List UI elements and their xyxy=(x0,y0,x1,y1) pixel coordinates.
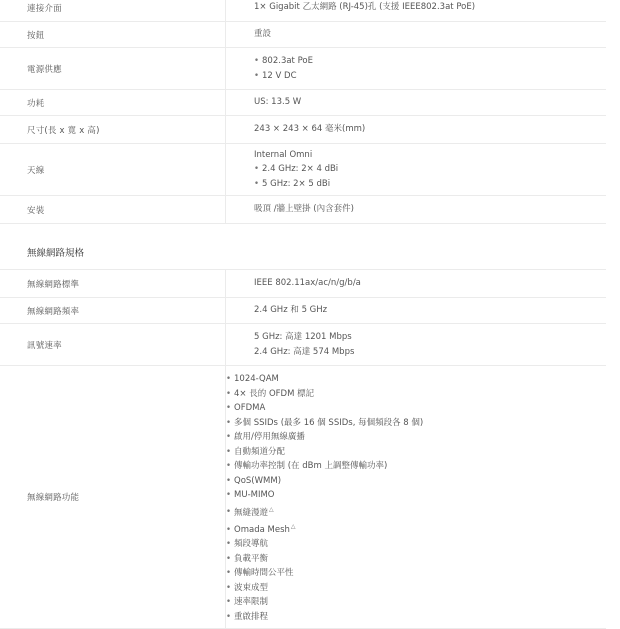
spec-row-mounting: 安裝 吸頂 /牆上壁掛 (內含套件) xyxy=(0,196,606,224)
spec-value-line: 5 GHz: 高達 1201 Mbps xyxy=(254,330,606,345)
spec-value-line: 243 × 243 × 64 毫米(mm) xyxy=(254,122,606,137)
spec-bullet: 傳輸時間公平性 xyxy=(226,566,606,581)
spec-bullet: 負載平衡 xyxy=(226,552,606,567)
spec-table: 連接介面 1× Gigabit 乙太網路 (RJ-45)孔 (支援 IEEE80… xyxy=(0,0,606,620)
spec-value: US: 13.5 W xyxy=(226,90,606,115)
spec-bullet-text: 無縫漫遊 xyxy=(234,507,268,517)
spec-bullet: 啟用/停用無線廣播 xyxy=(226,430,606,445)
spec-value-line: 2.4 GHz 和 5 GHz xyxy=(254,303,606,318)
spec-bullet: 12 V DC xyxy=(254,69,606,84)
spec-bullet-omada-mesh: Omada Mesh△ xyxy=(226,520,606,537)
spec-row-antenna: 天線 Internal Omni 2.4 GHz: 2× 4 dBi 5 GHz… xyxy=(0,144,606,196)
spec-value: IEEE 802.11ax/ac/n/g/b/a xyxy=(226,270,606,297)
spec-label: 安裝 xyxy=(0,196,226,223)
spec-bullet: 5 GHz: 2× 5 dBi xyxy=(254,177,606,192)
spec-bullet-text: Omada Mesh xyxy=(234,525,290,535)
spec-label: 無線網路功能 xyxy=(0,366,226,620)
spec-bullet: 802.3at PoE xyxy=(254,54,606,69)
spec-label: 功耗 xyxy=(0,90,226,115)
spec-bullet: 自動頻道分配 xyxy=(226,445,606,460)
spec-row-button: 按鈕 重設 xyxy=(0,22,606,48)
spec-value-line: US: 13.5 W xyxy=(254,95,606,110)
spec-value-line: 重設 xyxy=(254,27,606,42)
spec-label: 天線 xyxy=(0,144,226,195)
spec-row-dimensions: 尺寸(長 x 寬 x 高) 243 × 243 × 64 毫米(mm) xyxy=(0,116,606,144)
spec-bullet: 1024-QAM xyxy=(226,372,606,387)
spec-label: 按鈕 xyxy=(0,22,226,47)
spec-bullet: MU-MIMO xyxy=(226,488,606,503)
spec-value: 2.4 GHz 和 5 GHz xyxy=(226,298,606,323)
spec-bullet: 重啟排程 xyxy=(226,610,606,620)
spec-bullet-seamless-roaming: 無縫漫遊△ xyxy=(226,503,606,520)
spec-value: 802.3at PoE 12 V DC xyxy=(226,48,606,89)
spec-bullet: 多個 SSIDs (最多 16 個 SSIDs, 每個頻段各 8 個) xyxy=(226,416,606,431)
spec-value-line: 吸頂 /牆上壁掛 (內含套件) xyxy=(254,202,606,217)
spec-bullet: 速率限制 xyxy=(226,595,606,610)
spec-bullet: 傳輸功率控制 (在 dBm 上調整傳輸功率) xyxy=(226,459,606,474)
spec-value-line: IEEE 802.11ax/ac/n/g/b/a xyxy=(254,276,606,291)
spec-bullet: 2.4 GHz: 2× 4 dBi xyxy=(254,162,606,177)
spec-value: 1× Gigabit 乙太網路 (RJ-45)孔 (支援 IEEE802.3at… xyxy=(226,0,606,21)
spec-value-line: 1× Gigabit 乙太網路 (RJ-45)孔 (支援 IEEE802.3at… xyxy=(254,0,606,15)
spec-value: Internal Omni 2.4 GHz: 2× 4 dBi 5 GHz: 2… xyxy=(226,144,606,195)
spec-bullet: QoS(WMM) xyxy=(226,474,606,489)
spec-row-wireless-standard: 無線網路標準 IEEE 802.11ax/ac/n/g/b/a xyxy=(0,270,606,298)
spec-row-power-supply: 電源供應 802.3at PoE 12 V DC xyxy=(0,48,606,90)
spec-row-power-consumption: 功耗 US: 13.5 W xyxy=(0,90,606,116)
spec-value-line: 2.4 GHz: 高達 574 Mbps xyxy=(254,345,606,360)
spec-bullet: 4× 長的 OFDM 標記 xyxy=(226,387,606,402)
spec-label: 訊號速率 xyxy=(0,324,226,365)
spec-bullet: 頻段導航 xyxy=(226,537,606,552)
spec-row-wireless-functions: 無線網路功能 1024-QAM 4× 長的 OFDM 標記 OFDMA 多個 S… xyxy=(0,366,606,620)
spec-label: 電源供應 xyxy=(0,48,226,89)
spec-value: 吸頂 /牆上壁掛 (內含套件) xyxy=(226,196,606,223)
section-title-wireless: 無線網路規格 xyxy=(0,224,606,270)
spec-label: 無線網路標準 xyxy=(0,270,226,297)
spec-bullet: OFDMA xyxy=(226,401,606,416)
spec-value: 243 × 243 × 64 毫米(mm) xyxy=(226,116,606,143)
spec-value: 5 GHz: 高達 1201 Mbps 2.4 GHz: 高達 574 Mbps xyxy=(226,324,606,365)
footnote-mark-icon: △ xyxy=(269,506,274,513)
spec-value-line: Internal Omni xyxy=(254,148,606,163)
spec-value: 1024-QAM 4× 長的 OFDM 標記 OFDMA 多個 SSIDs (最… xyxy=(226,366,606,620)
footnote-mark-icon: △ xyxy=(291,523,296,530)
spec-value: 重設 xyxy=(226,22,606,47)
spec-label: 連接介面 xyxy=(0,0,226,21)
spec-row-signal-rate: 訊號速率 5 GHz: 高達 1201 Mbps 2.4 GHz: 高達 574… xyxy=(0,324,606,366)
spec-label: 尺寸(長 x 寬 x 高) xyxy=(0,116,226,143)
spec-row-interface: 連接介面 1× Gigabit 乙太網路 (RJ-45)孔 (支援 IEEE80… xyxy=(0,0,606,22)
spec-row-wireless-frequency: 無線網路頻率 2.4 GHz 和 5 GHz xyxy=(0,298,606,324)
spec-bullet: 波束成型 xyxy=(226,581,606,596)
spec-label: 無線網路頻率 xyxy=(0,298,226,323)
